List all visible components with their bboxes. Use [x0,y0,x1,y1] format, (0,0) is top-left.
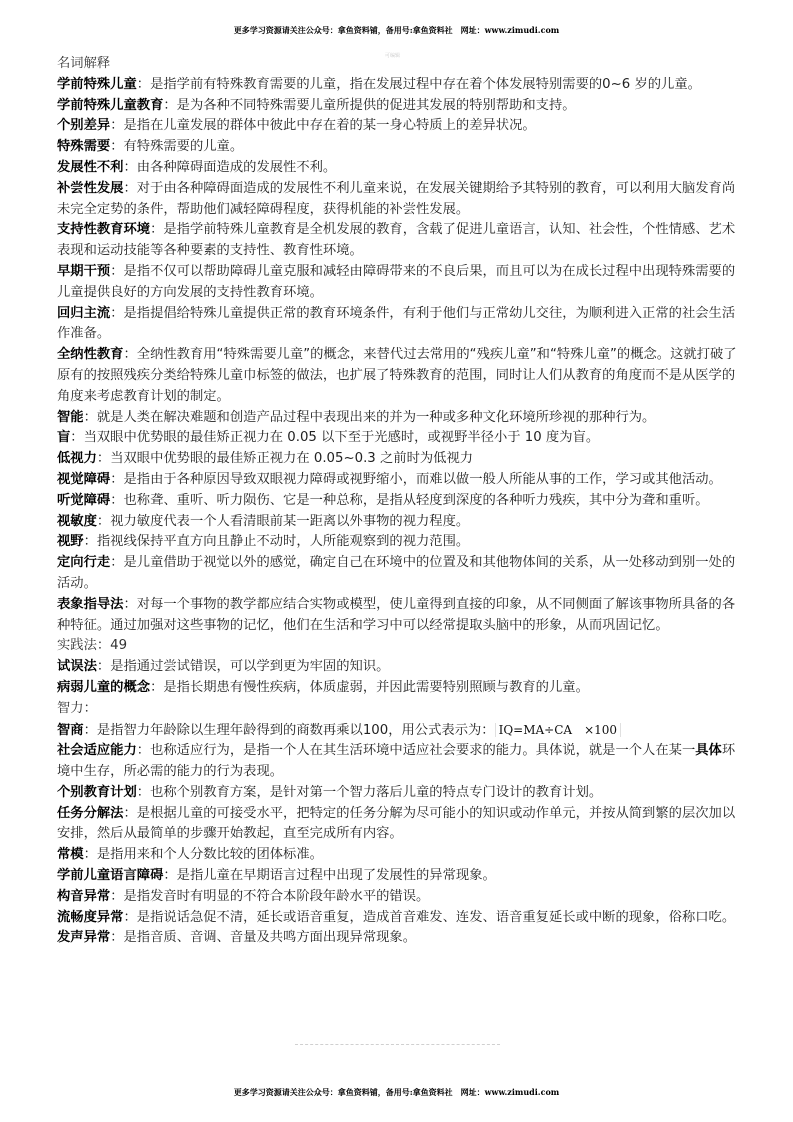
definition: 当双眼中优势眼的最佳矫正视力在 0.05 以下至于光感时，或视野半径小于 10 … [84,430,600,445]
entry-3: 特殊需要：有特殊需要的儿童。 [57,137,740,158]
separator: ： [97,514,110,529]
separator: ： [163,98,176,113]
entry-15: 视敏度：视力敏度代表一个人看清眼前某一距离以外事物的视力程度。 [57,512,740,533]
entry-19-plain: 实践法：49 [57,636,740,657]
definition: 由各种障碍面造成的发展性不利。 [137,160,336,175]
term: 学前儿童语言障碍 [57,868,163,883]
term: 特殊需要 [57,139,110,154]
definition: 是指在儿童发展的群体中彼此中存在着的某一身心特质上的差异状况。 [123,118,535,133]
definition: 是指学前有特殊教育需要的儿童，指在发展过程中存在着个体发展特别需要的0~6 岁的… [150,77,701,92]
term: 发声异常 [57,930,110,945]
iq-formula: IQ=MA÷CA ×100 [495,723,621,737]
definition: 是指智力年龄除以生理年龄得到的商数再乘以100，用公式表示为： [97,723,495,738]
term: 社会适应能力 [57,743,137,758]
separator: ： [150,222,163,237]
separator: ： [110,555,123,570]
separator: ： [84,534,97,549]
term: 低视力 [57,451,97,466]
entry-17: 定向行走：是儿童借助于视觉以外的感觉，确定自己在环境中的位置及和其他物体间的关系… [57,553,740,595]
term: 常模 [57,847,84,862]
separator: ： [110,930,123,945]
section-title: 名词解释 [57,54,740,75]
separator: ： [123,160,136,175]
entry-6: 支持性教育环境：是指学前特殊儿童教育是全机发展的教育，含载了促进儿童语言，认知、… [57,220,740,262]
term: 发展性不利 [57,160,123,175]
entry-31: 发声异常：是指音质、音调、音量及共鸣方面出现异常现象。 [57,928,740,949]
term: 支持性教育环境 [57,222,150,237]
entry-11: 盲：当双眼中优势眼的最佳矫正视力在 0.05 以下至于光感时，或视野半径小于 1… [57,428,740,449]
entry-5: 补尝性发展：对于由各种障碍面造成的发展性不利儿童来说，在发展关键期给予其特别的教… [57,179,740,221]
term: 智商 [57,723,84,738]
separator: ： [70,430,83,445]
entry-14: 听觉障碍：也称聋、重听、听力陨伤、它是一种总称，是指从轻度到深度的各种听力残疾，… [57,491,740,512]
entry-29: 构音异常：是指发音时有明显的不符合本阶段年龄水平的错误。 [57,887,740,908]
separator: ： [110,264,123,279]
header-banner: 更多学习资源请关注公众号：拿鱼资料铺，备用号:拿鱼资料社 网址：www.zimu… [0,25,793,36]
term: 视敏度 [57,514,97,529]
entry-7: 早期干预：是指不仅可以帮助障碍儿童克服和减轻由障碍带来的不良后果，而且可以为在成… [57,262,740,304]
term: 学前特殊儿童教育 [57,98,163,113]
separator: ： [150,680,163,695]
separator: ： [97,451,110,466]
definition: 是指说话急促不清，延长或语音重复，造成首音难发、连发、语音重复延长或中断的现象，… [137,910,735,925]
separator: ： [123,597,136,612]
definition: 指视线保持平直方向且静止不动时，人所能观察到的视力范围。 [97,534,469,549]
separator: ： [84,847,97,862]
entry-13: 视觉障碍：是指由于各种原因导致双眼视力障碍或视野缩小，而难以做一般人所能从事的工… [57,470,740,491]
entry-12: 低视力：当双眼中优势眼的最佳矫正视力在 0.05~0.3 之前时为低视力 [57,449,740,470]
definition: 是根据儿童的可接受水平，把特定的任务分解为尽可能小的知识或动作单元，并按从简到繁… [57,806,735,842]
term: 构音异常 [57,889,110,904]
definition: 是指用来和个人分数比较的团体标准。 [97,847,323,862]
separator: ： [163,868,176,883]
definition: 是指长期患有慢性疾病，体质虚弱，并因此需要特别照顾与教育的儿童。 [163,680,589,695]
term: 个别教育计划 [57,785,137,800]
separator: ： [110,306,123,321]
definition: 视力敏度代表一个人看清眼前某一距离以外事物的视力程度。 [110,514,469,529]
separator: ： [123,910,136,925]
definition: 也称适应行为，是指一个人在其生活环境中适应社会要求的能力。具体说，就是一个人在某… [150,743,695,758]
entry-21: 病弱儿童的概念：是指长期患有慢性疾病，体质虚弱，并因此需要特别照顾与教育的儿童。 [57,678,740,699]
term: 补尝性发展 [57,181,123,196]
entry-1: 学前特殊儿童教育：是为各种不同特殊需要儿童所提供的促进其发展的特别帮助和支持。 [57,96,740,117]
entry-26: 任务分解法：是根据儿童的可接受水平，把特定的任务分解为尽可能小的知识或动作单元，… [57,804,740,846]
entry-0: 学前特殊儿童：是指学前有特殊教育需要的儿童，指在发展过程中存在着个体发展特别需要… [57,75,740,96]
entry-24: 社会适应能力：也称适应行为，是指一个人在其生活环境中适应社会要求的能力。具体说，… [57,741,740,783]
footer-divider [295,1044,500,1045]
definition: 是指音质、音调、音量及共鸣方面出现异常现象。 [123,930,416,945]
definition: 全纳性教育用“特殊需要儿童”的概念，来替代过去常用的“残疾儿童”和“特殊儿童”的… [57,347,737,404]
term: 试误法 [57,659,97,674]
entry-25: 个别教育计划：也称个别教育方案，是针对第一个智力落后儿童的特点专门设计的教育计划… [57,783,740,804]
definition: 是指通过尝试错误，可以学到更为牢固的知识。 [110,659,389,674]
entry-8: 回归主流：是指提倡给特殊儿童提供正常的教育环境条件，有利于他们与正常幼儿交往，为… [57,304,740,346]
entry-23: 智商：是指智力年龄除以生理年龄得到的商数再乘以100，用公式表示为：IQ=MA÷… [57,720,740,742]
definition: 对于由各种障碍面造成的发展性不利儿童来说，在发展关键期给予其特别的教育，可以利用… [57,181,735,217]
footer-banner: 更多学习资源请关注公众号：拿鱼资料铺，备用号:拿鱼资料社 网址：www.zimu… [0,1087,793,1098]
entry-4: 发展性不利：由各种障碍面造成的发展性不利。 [57,158,740,179]
entry-16: 视野：指视线保持平直方向且静止不动时，人所能观察到的视力范围。 [57,532,740,553]
separator: ： [110,889,123,904]
definition: 是儿童借助于视觉以外的感觉，确定自己在环境中的位置及和其他物体间的关系，从一处移… [57,555,735,591]
document-body: 名词解释 学前特殊儿童：是指学前有特殊教育需要的儿童，指在发展过程中存在着个体发… [57,54,740,949]
term: 定向行走 [57,555,110,570]
definition: 是指提倡给特殊儿童提供正常的教育环境条件，有利于他们与正常幼儿交往，为顺利进入正… [57,306,735,342]
entry-28: 学前儿童语言障碍：是指儿童在早期语言过程中出现了发展性的异常现象。 [57,866,740,887]
term: 任务分解法 [57,806,123,821]
separator: ： [84,410,97,425]
term: 盲 [57,430,70,445]
separator: ： [110,118,123,133]
separator: ： [123,806,136,821]
term: 回归主流 [57,306,110,321]
term: 个别差异 [57,118,110,133]
separator: ： [84,723,97,738]
term: 早期干预 [57,264,110,279]
separator: ： [110,472,123,487]
term: 表象指导法 [57,597,123,612]
term: 流畅度异常 [57,910,123,925]
definition: 对每一个事物的教学都应结合实物或模型，使儿童得到直接的印象，从不同侧面了解该事物… [57,597,735,633]
entry-2: 个别差异：是指在儿童发展的群体中彼此中存在着的某一身心特质上的差异状况。 [57,116,740,137]
term: 全纳性教育 [57,347,123,362]
separator: ： [137,77,150,92]
separator: ： [110,493,123,508]
entry-9: 全纳性教育：全纳性教育用“特殊需要儿童”的概念，来替代过去常用的“残疾儿童”和“… [57,345,740,407]
entry-18: 表象指导法：对每一个事物的教学都应结合实物或模型，使儿童得到直接的印象，从不同侧… [57,595,740,637]
entry-20: 试误法：是指通过尝试错误，可以学到更为牢固的知识。 [57,657,740,678]
definition: 就是人类在解决难题和创造产品过程中表现出来的并为一种或多种文化环境所珍视的那种行… [97,410,655,425]
separator: ： [137,785,150,800]
definition: 是指儿童在早期语言过程中出现了发展性的异常现象。 [177,868,496,883]
separator: ： [137,743,150,758]
definition: 也称个别教育方案，是针对第一个智力落后儿童的特点专门设计的教育计划。 [150,785,602,800]
definition: 也称聋、重听、听力陨伤、它是一种总称，是指从轻度到深度的各种听力残疾，其中分为聋… [123,493,708,508]
term-emphasis: 具体 [695,743,722,758]
separator: ： [123,181,136,196]
term: 听觉障碍 [57,493,110,508]
entry-27: 常模：是指用来和个人分数比较的团体标准。 [57,845,740,866]
separator: ： [97,659,110,674]
definition: 当双眼中优势眼的最佳矫正视力在 0.05~0.3 之前时为低视力 [110,451,473,466]
term: 病弱儿童的概念 [57,680,150,695]
separator: ： [123,347,136,362]
term: 视觉障碍 [57,472,110,487]
separator: ： [110,139,123,154]
definition: 是指发音时有明显的不符合本阶段年龄水平的错误。 [123,889,429,904]
definition: 是为各种不同特殊需要儿童所提供的促进其发展的特别帮助和支持。 [177,98,576,113]
entry-10: 智能：就是人类在解决难题和创造产品过程中表现出来的并为一种或多种文化环境所珍视的… [57,408,740,429]
definition: 是指由于各种原因导致双眼视力障碍或视野缩小，而难以做一般人所能从事的工作，学习或… [123,472,721,487]
term: 智能 [57,410,84,425]
term: 视野 [57,534,84,549]
entry-22-plain: 智力： [57,699,740,720]
definition: 有特殊需要的儿童。 [123,139,243,154]
definition: 是指不仅可以帮助障碍儿童克服和减轻由障碍带来的不良后果，而且可以为在成长过程中出… [57,264,735,300]
term: 学前特殊儿童 [57,77,137,92]
entry-30: 流畅度异常：是指说话急促不清，延长或语音重复，造成首音难发、连发、语音重复延长或… [57,908,740,929]
